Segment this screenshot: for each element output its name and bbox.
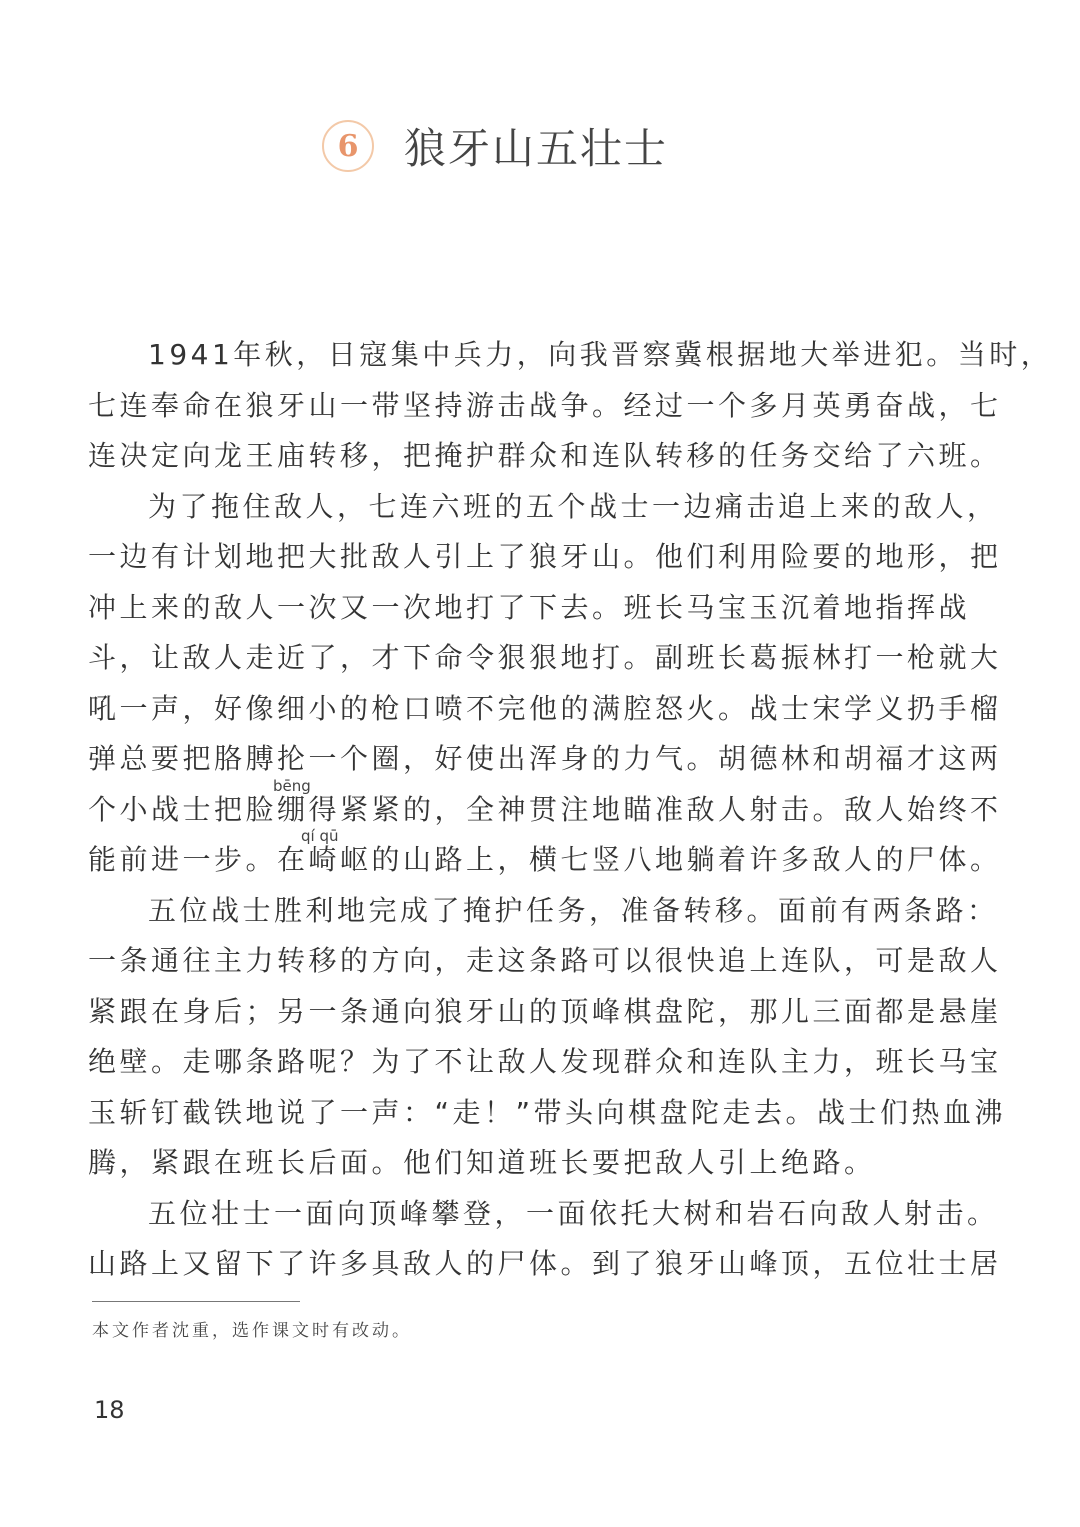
body-line: 连决定向龙王庙转移，把掩护群众和连队转移的任务交给了六班。 (88, 431, 928, 482)
lesson-number: 6 (338, 129, 359, 164)
body-line: 一条通往主力转移的方向，走这条路可以很快追上连队，可是敌人 (88, 936, 928, 987)
body-line: 1941年秋，日寇集中兵力，向我晋察冀根据地大举进犯。当时， (88, 330, 928, 381)
pinyin-qiqu: qí qū (301, 829, 339, 844)
body-line: 五位战士胜利地完成了掩护任务，准备转移。面前有两条路： (88, 886, 928, 937)
body-line-text: 个小战士把脸绷得紧紧的，全神贯注地瞄准敌人射击。敌人始终不 (88, 793, 1002, 826)
body-line: 七连奉命在狼牙山一带坚持游击战争。经过一个多月英勇奋战，七 (88, 381, 928, 432)
lesson-title-block: 6 狼牙山五壮士 (322, 108, 668, 184)
body-line: 紧跟在身后；另一条通向狼牙山的顶峰棋盘陀，那儿三面都是悬崖 (88, 987, 928, 1038)
body-line: 为了拖住敌人，七连六班的五个战士一边痛击追上来的敌人， (88, 482, 928, 533)
body-line: 斗，让敌人走近了，才下命令狠狠地打。副班长葛振林打一枪就大 (88, 633, 928, 684)
body-line-with-pinyin: qí qū 能前进一步。在崎岖的山路上，横七竖八地躺着许多敌人的尸体。 (88, 835, 928, 886)
footnote-divider (92, 1301, 300, 1302)
article-body: 1941年秋，日寇集中兵力，向我晋察冀根据地大举进犯。当时， 七连奉命在狼牙山一… (88, 330, 928, 1290)
body-line: 冲上来的敌人一次又一次地打了下去。班长马宝玉沉着地指挥战 (88, 583, 928, 634)
body-line: 山路上又留下了许多具敌人的尸体。到了狼牙山峰顶，五位壮士居 (88, 1239, 928, 1290)
body-line: 五位壮士一面向顶峰攀登，一面依托大树和岩石向敌人射击。 (88, 1189, 928, 1240)
body-line: 绝壁。走哪条路呢？为了不让敌人发现群众和连队主力，班长马宝 (88, 1037, 928, 1088)
body-line: 弹总要把胳膊抡一个圈，好使出浑身的力气。胡德林和胡福才这两 (88, 734, 928, 785)
body-line-with-pinyin: bēng 个小战士把脸绷得紧紧的，全神贯注地瞄准敌人射击。敌人始终不 (88, 785, 928, 836)
body-line-text: 能前进一步。在崎岖的山路上，横七竖八地躺着许多敌人的尸体。 (88, 843, 1002, 876)
body-line: 吼一声，好像细小的枪口喷不完他的满腔怒火。战士宋学义扔手榴 (88, 684, 928, 735)
body-line: 一边有计划地把大批敌人引上了狼牙山。他们利用险要的地形，把 (88, 532, 928, 583)
footnote: 本文作者沈重，选作课文时有改动。 (92, 1316, 412, 1341)
lesson-title: 狼牙山五壮士 (404, 116, 668, 176)
body-line: 玉斩钉截铁地说了一声：“走！”带头向棋盘陀走去。战士们热血沸 (88, 1088, 928, 1139)
body-line: 腾，紧跟在班长后面。他们知道班长要把敌人引上绝路。 (88, 1138, 928, 1189)
page-number: 18 (94, 1396, 125, 1424)
lesson-number-badge: 6 (322, 120, 374, 172)
pinyin-beng: bēng (273, 779, 311, 794)
